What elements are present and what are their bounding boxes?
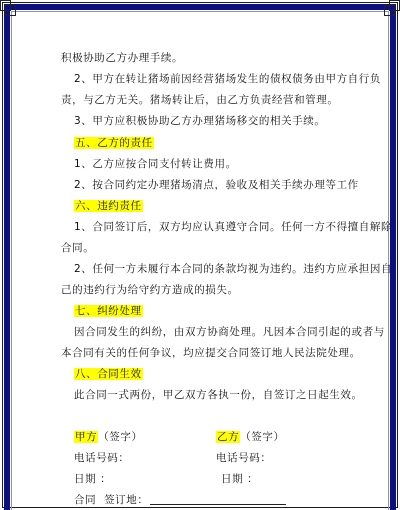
- party-b-sign: 乙方（签字）: [216, 429, 285, 445]
- party-b-date: 日期 ：: [221, 471, 258, 487]
- party-b-name: 乙方: [216, 431, 240, 443]
- section-heading-5: 五、乙方的责任: [74, 135, 154, 151]
- party-b-phone: 电话号码：: [216, 450, 272, 466]
- corner-ornament-top-left: [0, 0, 11, 11]
- signing-place: 合同 签订地：: [74, 492, 286, 508]
- border-left: [4, 4, 10, 510]
- paragraph: 本合同有关的任何争议，均应提交合同签订地人民法院处理。: [61, 345, 361, 361]
- paragraph: 积极协助乙方办理手续。: [61, 50, 183, 66]
- document-page: 积极协助乙方办理手续。 2、甲方在转让猪场前因经营猪场发生的债权债务由甲方自行负…: [12, 12, 388, 510]
- party-b-sign-label: （签字）: [240, 431, 284, 443]
- paragraph: 1、合同签订后，双方均应认真遵守合同。任何一方不得擅自解除: [74, 219, 392, 235]
- paragraph: 合同。: [61, 240, 94, 256]
- border-right: [390, 4, 396, 510]
- party-a-sign: 甲方（签字）: [74, 429, 143, 445]
- party-a-sign-label: （签字）: [98, 431, 142, 443]
- corner-ornament-top-right: [389, 0, 400, 11]
- party-a-name: 甲方: [74, 431, 98, 443]
- section-heading-8: 八、合同生效: [74, 366, 143, 382]
- paragraph: 2、按合同约定办理猪场清点，验收及相关手续办理等工作: [74, 177, 359, 193]
- signing-place-blank: [150, 504, 286, 505]
- border-top: [4, 4, 396, 10]
- paragraph: 1、乙方应按合同支付转让费用。: [74, 156, 237, 172]
- party-a-phone: 电话号码：: [74, 450, 130, 466]
- paragraph: 3、甲方应积极协助乙方办理猪场移交的相关手续。: [74, 113, 325, 129]
- paragraph: 己的违约行为给守约方造成的损失。: [61, 282, 239, 298]
- section-heading-6: 六、违约责任: [74, 198, 143, 214]
- party-a-date: 日期 ：: [74, 471, 111, 487]
- paragraph: 因合同发生的纠纷，由双方协商处理。凡因本合同引起的或者与: [74, 324, 385, 340]
- section-heading-7: 七、纠纷处理: [74, 303, 143, 319]
- paragraph: 责，与乙方无关。猪场转让后，由乙方负责经营和管理。: [61, 92, 339, 108]
- paragraph: 此合同一式两份，甲乙双方各执一份，自签订之日起生效。: [74, 387, 363, 403]
- paragraph: 2、任何一方未履行本合同的条款均视为违约。违约方应承担因自: [74, 261, 392, 277]
- paragraph: 2、甲方在转让猪场前因经营猪场发生的债权债务由甲方自行负: [74, 71, 381, 87]
